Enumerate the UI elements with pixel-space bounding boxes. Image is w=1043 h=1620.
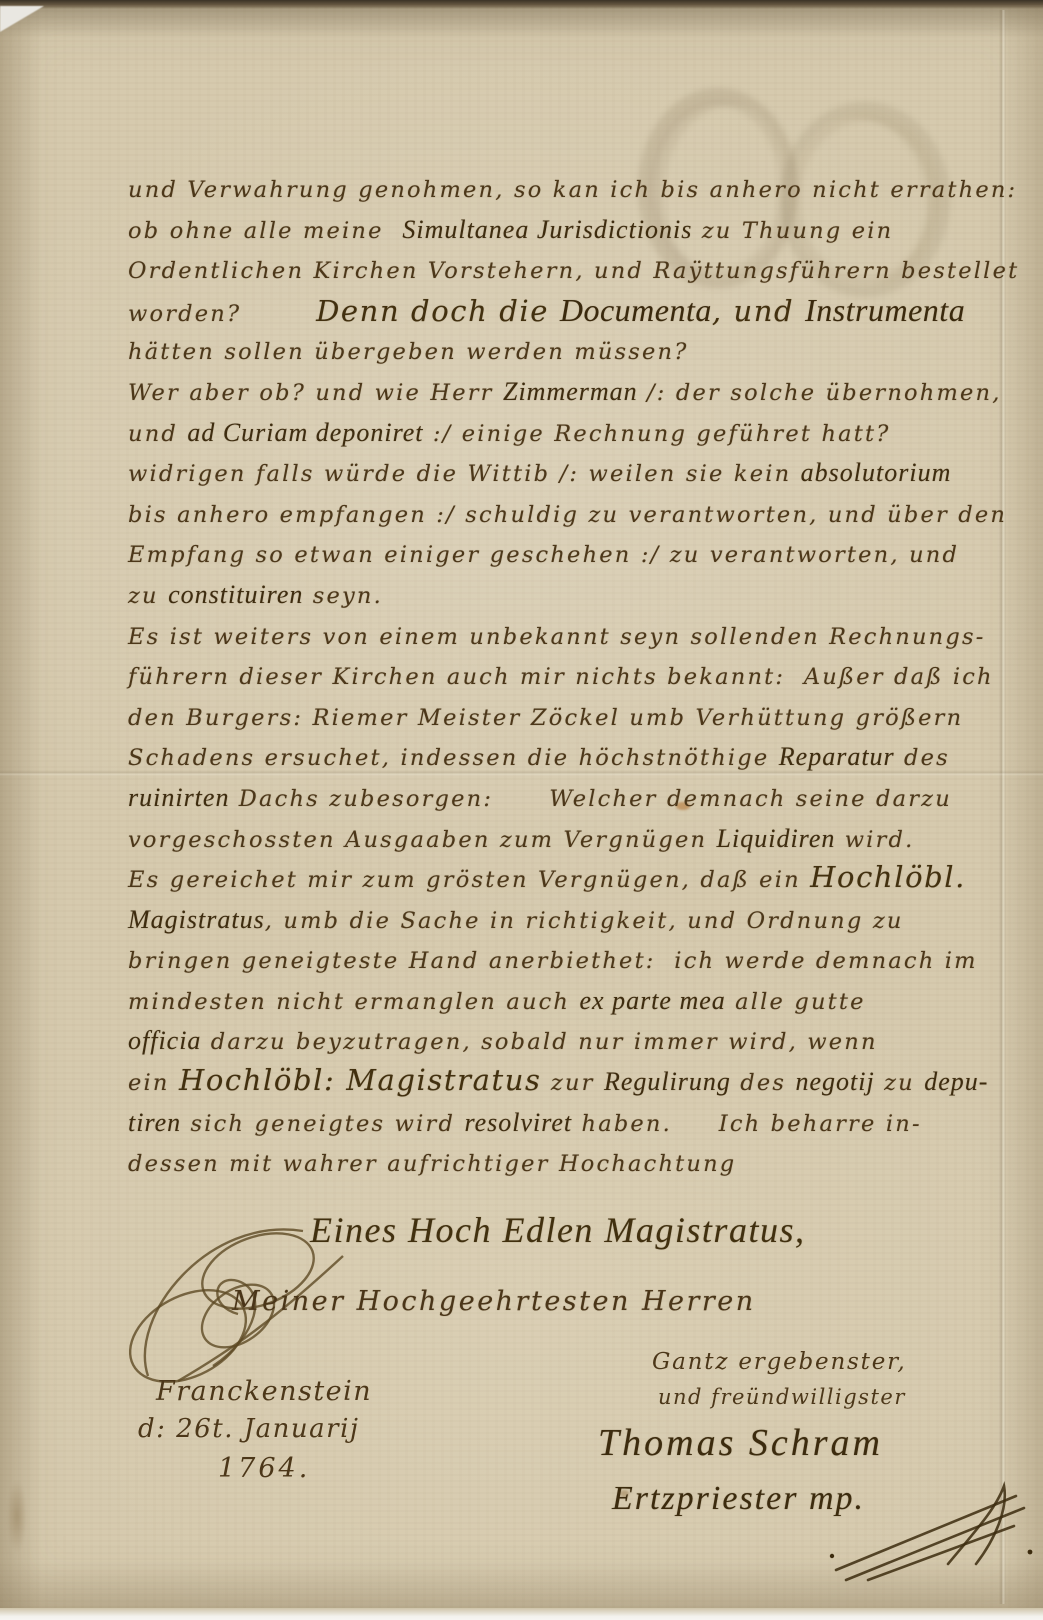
kurrent-script-text: seyn. [303,583,383,609]
kurrent-script-text: mindesten nicht ermanglen auch [128,989,579,1015]
kurrent-script-text: alle gutte [726,989,866,1015]
signature-flourish-icon [828,1468,1038,1588]
kurrent-script-text: /: der solche übernohmen, [638,380,1002,406]
kurrent-script-text: haben. Ich beharre in- [572,1111,922,1137]
kurrent-script-text: Es ist weiters von einem unbekannt seyn … [128,624,986,650]
manuscript-line: Magistratus, umb die Sache in richtigkei… [128,903,1008,944]
kurrent-script-text: , und [712,294,805,328]
kurrent-script-text: dessen mit wahrer aufrichtiger Hochachtu… [128,1151,736,1177]
kurrent-script-text: führern dieser Kirchen auch mir nichts b… [128,664,994,690]
kurrent-script-text: bis anhero empfangen :/ schuldig zu vera… [128,502,1007,528]
latin-script-text: constituiren [168,580,303,609]
paper-blemish [4,1468,30,1564]
manuscript-line: Es ist weiters von einem unbekannt seyn … [128,619,1008,660]
latin-script-text: Magistratus [128,905,265,934]
kurrent-script-text: zu [128,583,168,609]
closing-address-line: Eines Hoch Edlen Magistratus, [310,1212,805,1248]
kurrent-script-text: hätten sollen übergeben werden müssen? [128,339,689,365]
manuscript-line: officia darzu beyzutragen, sobald nur im… [128,1024,1008,1065]
latin-script-text: Regulirung [604,1067,731,1096]
manuscript-line: ruinirten Dachs zubesorgen: Welcher demn… [128,781,1008,822]
manuscript-line: Wer aber ob? und wie Herr Zimmerman /: d… [128,375,1008,416]
manuscript-line: zu constituiren seyn. [128,578,1008,619]
manuscript-line: ob ohne alle meine Simultanea Jurisdicti… [128,213,1008,254]
kurrent-script-text: ein [128,1070,179,1096]
manuscript-line: Schadens ersuchet, indessen die höchstnö… [128,740,1008,781]
kurrent-script-text: bringen geneigteste Hand anerbiethet: ic… [128,948,978,974]
kurrent-script-text: Hochlöbl: Magistratus [179,1063,542,1097]
latin-script-text: depu- [924,1067,988,1096]
kurrent-script-text: zu [875,1070,924,1096]
manuscript-body: und Verwahrung genohmen, so kan ich bis … [128,172,1008,1187]
manuscript-line: und ad Curiam deponiret :/ einige Rechnu… [128,416,1008,457]
kurrent-script-text: Dachs zubesorgen: Welcher demnach seine … [229,786,951,812]
dateline-day: d: 26t. Januarij [128,1411,378,1449]
paper-top-edge [0,0,1043,9]
manuscript-line: bringen geneigteste Hand anerbiethet: ic… [128,943,1008,984]
kurrent-script-text: den Burgers: Riemer Meister Zöckel umb V… [128,705,963,731]
kurrent-script-text: wird. [835,827,914,853]
manuscript-line: ein Hochlöbl: Magistratus zur Regulirung… [128,1065,1008,1106]
valediction-line: Gantz ergebenster, [652,1345,907,1381]
closing-address-line: Meiner Hochgeehrtesten Herren [232,1288,756,1315]
latin-script-text: Liquidiren [717,824,836,853]
latin-script-text: Zimmerman [503,377,638,406]
latin-script-text: Documenta [560,292,712,328]
manuscript-line: hätten sollen übergeben werden müssen? [128,334,1008,375]
kurrent-script-text: ob ohne alle meine [128,218,402,244]
scan-bottom-edge [0,1608,1043,1620]
kurrent-script-text: des [895,745,950,771]
manuscript-line: dessen mit wahrer aufrichtiger Hochachtu… [128,1146,1008,1187]
kurrent-script-text: zur [542,1070,604,1096]
manuscript-line: Empfang so etwan einiger geschehen :/ zu… [128,537,1008,578]
kurrent-script-text: Hochlöbl. [810,860,966,894]
latin-script-text: Simultanea Jurisdictionis [402,215,692,244]
latin-script-text: resolviret [464,1108,572,1137]
latin-script-text: ad Curiam deponiret [187,418,423,447]
kurrent-script-text: und Verwahrung genohmen, so kan ich bis … [128,177,1017,203]
latin-script-text: ex parte mea [579,986,725,1015]
kurrent-script-text: und [128,421,187,447]
kurrent-script-text: Ordentlichen Kirchen Vorstehern, und Raÿ… [128,258,1019,284]
manuscript-line: worden? Denn doch die Documenta, und Ins… [128,294,1008,335]
manuscript-line: Ordentlichen Kirchen Vorstehern, und Raÿ… [128,253,1008,294]
latin-script-text: Reparatur [779,742,895,771]
kurrent-script-text: des [731,1070,796,1096]
kurrent-script-text: zu Thuung ein [692,218,893,244]
torn-corner [0,6,44,32]
scanned-manuscript: { "document": { "kind": "handwritten let… [0,0,1043,1620]
kurrent-script-text: sich geneigtes wird [181,1111,464,1137]
kurrent-script-text: Es gereichet mir zum grösten Vergnügen, … [128,867,810,893]
manuscript-line: bis anhero empfangen :/ schuldig zu vera… [128,497,1008,538]
kurrent-script-text: widrigen falls würde die Wittib /: weile… [128,461,801,487]
valediction-line: und freündwilligster [652,1381,907,1414]
dateline-year: 1764. [128,1449,378,1488]
kurrent-script-text: darzu beyzutragen, sobald nur immer wird… [201,1029,877,1055]
kurrent-script-text: worden? [128,301,316,327]
manuscript-line: führern dieser Kirchen auch mir nichts b… [128,659,1008,700]
valediction: Gantz ergebenster, und freündwilligster [652,1345,907,1413]
latin-script-text: Instrumenta [805,292,965,328]
manuscript-line: vorgeschossten Ausgaaben zum Vergnügen L… [128,822,1008,863]
kurrent-script-text: :/ einige Rechnung geführet hatt? [423,421,890,447]
kurrent-script-text: vorgeschossten Ausgaaben zum Vergnügen [128,827,717,853]
kurrent-script-text: , umb die Sache in richtigkeit, und Ordn… [265,908,904,934]
latin-script-text: ruinirten [128,783,229,812]
manuscript-line: widrigen falls würde die Wittib /: weile… [128,456,1008,497]
signature-name: Thomas Schram [598,1424,883,1462]
manuscript-line: Es gereichet mir zum grösten Vergnügen, … [128,862,1008,903]
dateline: Franckenstein d: 26t. Januarij 1764. [128,1372,378,1488]
latin-script-text: absolutorium [801,458,952,487]
manuscript-line: und Verwahrung genohmen, so kan ich bis … [128,172,1008,213]
latin-script-text: tiren [128,1108,181,1137]
manuscript-line: den Burgers: Riemer Meister Zöckel umb V… [128,700,1008,741]
kurrent-script-text: Denn doch die [316,294,560,328]
latin-script-text: officia [128,1026,201,1055]
kurrent-script-text: Wer aber ob? und wie Herr [128,380,503,406]
manuscript-line: mindesten nicht ermanglen auch ex parte … [128,984,1008,1025]
kurrent-script-text: Empfang so etwan einiger geschehen :/ zu… [128,542,959,568]
dateline-place: Franckenstein [128,1372,378,1411]
manuscript-line: tiren sich geneigtes wird resolviret hab… [128,1106,1008,1147]
kurrent-script-text: Schadens ersuchet, indessen die höchstnö… [128,745,779,771]
latin-script-text: negotij [796,1067,875,1096]
